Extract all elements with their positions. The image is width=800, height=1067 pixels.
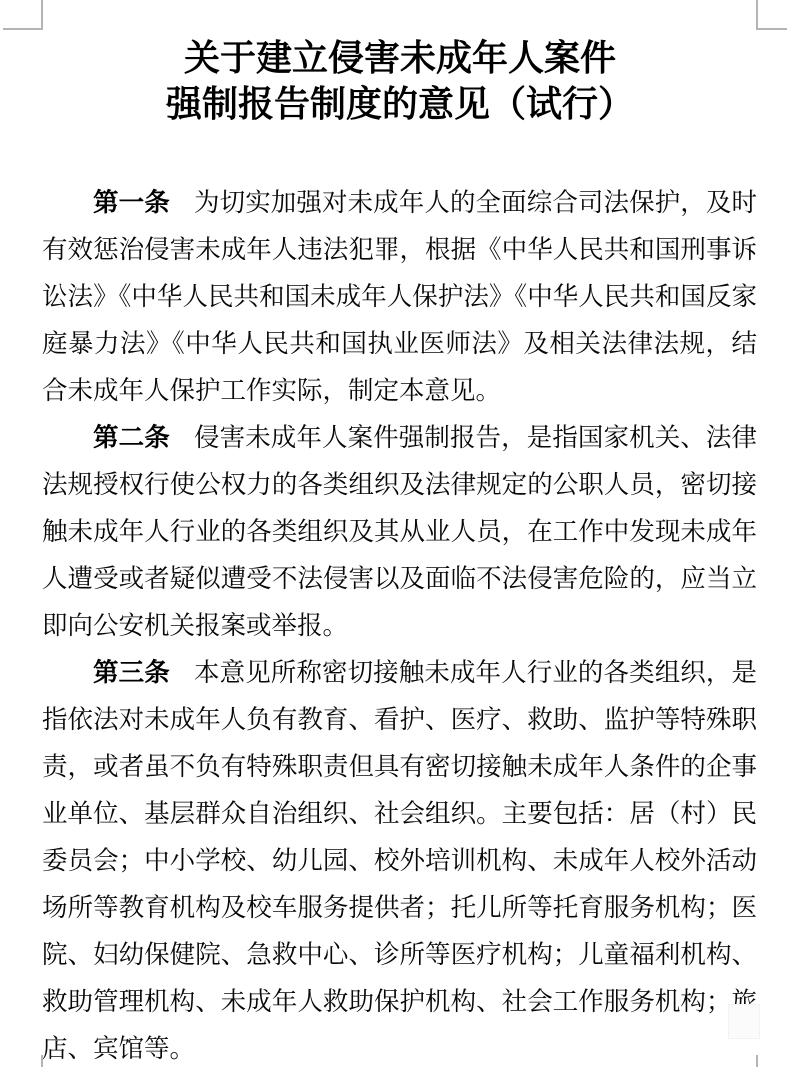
paragraph-article-2: 第二条侵害未成年人案件强制报告，是指国家机关、法律法规授权行使公权力的各类组织及… (42, 414, 757, 649)
article-3-text: 本意见所称密切接触未成年人行业的各类组织，是指依法对未成年人负有教育、看护、医疗… (42, 658, 757, 1063)
crop-mark-bottom-right-icon (756, 1055, 758, 1067)
article-1-text: 为切实加强对未成年人的全面综合司法保护，及时有效惩治侵害未成年人违法犯罪，根据《… (42, 188, 757, 405)
article-3-label: 第三条 (93, 658, 194, 687)
crop-mark-top-right-icon (756, 0, 787, 30)
faint-watermark-artifact (728, 1004, 760, 1039)
crop-mark-top-left-icon (3, 0, 43, 30)
paragraph-article-1: 第一条为切实加强对未成年人的全面综合司法保护，及时有效惩治侵害未成年人违法犯罪，… (42, 179, 757, 414)
document-title: 关于建立侵害未成年人案件 强制报告制度的意见（试行） (0, 0, 800, 127)
document-title-line-1: 关于建立侵害未成年人案件 (0, 35, 800, 81)
crop-mark-bottom-left-icon (41, 1055, 43, 1067)
article-2-text: 侵害未成年人案件强制报告，是指国家机关、法律法规授权行使公权力的各类组织及法律规… (42, 423, 757, 640)
article-1-label: 第一条 (93, 188, 194, 217)
document-page: 关于建立侵害未成年人案件 强制报告制度的意见（试行） 第一条为切实加强对未成年人… (0, 0, 800, 1067)
paragraph-article-3: 第三条本意见所称密切接触未成年人行业的各类组织，是指依法对未成年人负有教育、看护… (42, 649, 757, 1067)
document-body: 第一条为切实加强对未成年人的全面综合司法保护，及时有效惩治侵害未成年人违法犯罪，… (42, 179, 757, 1067)
document-title-line-2: 强制报告制度的意见（试行） (0, 81, 800, 127)
article-2-label: 第二条 (93, 423, 194, 452)
